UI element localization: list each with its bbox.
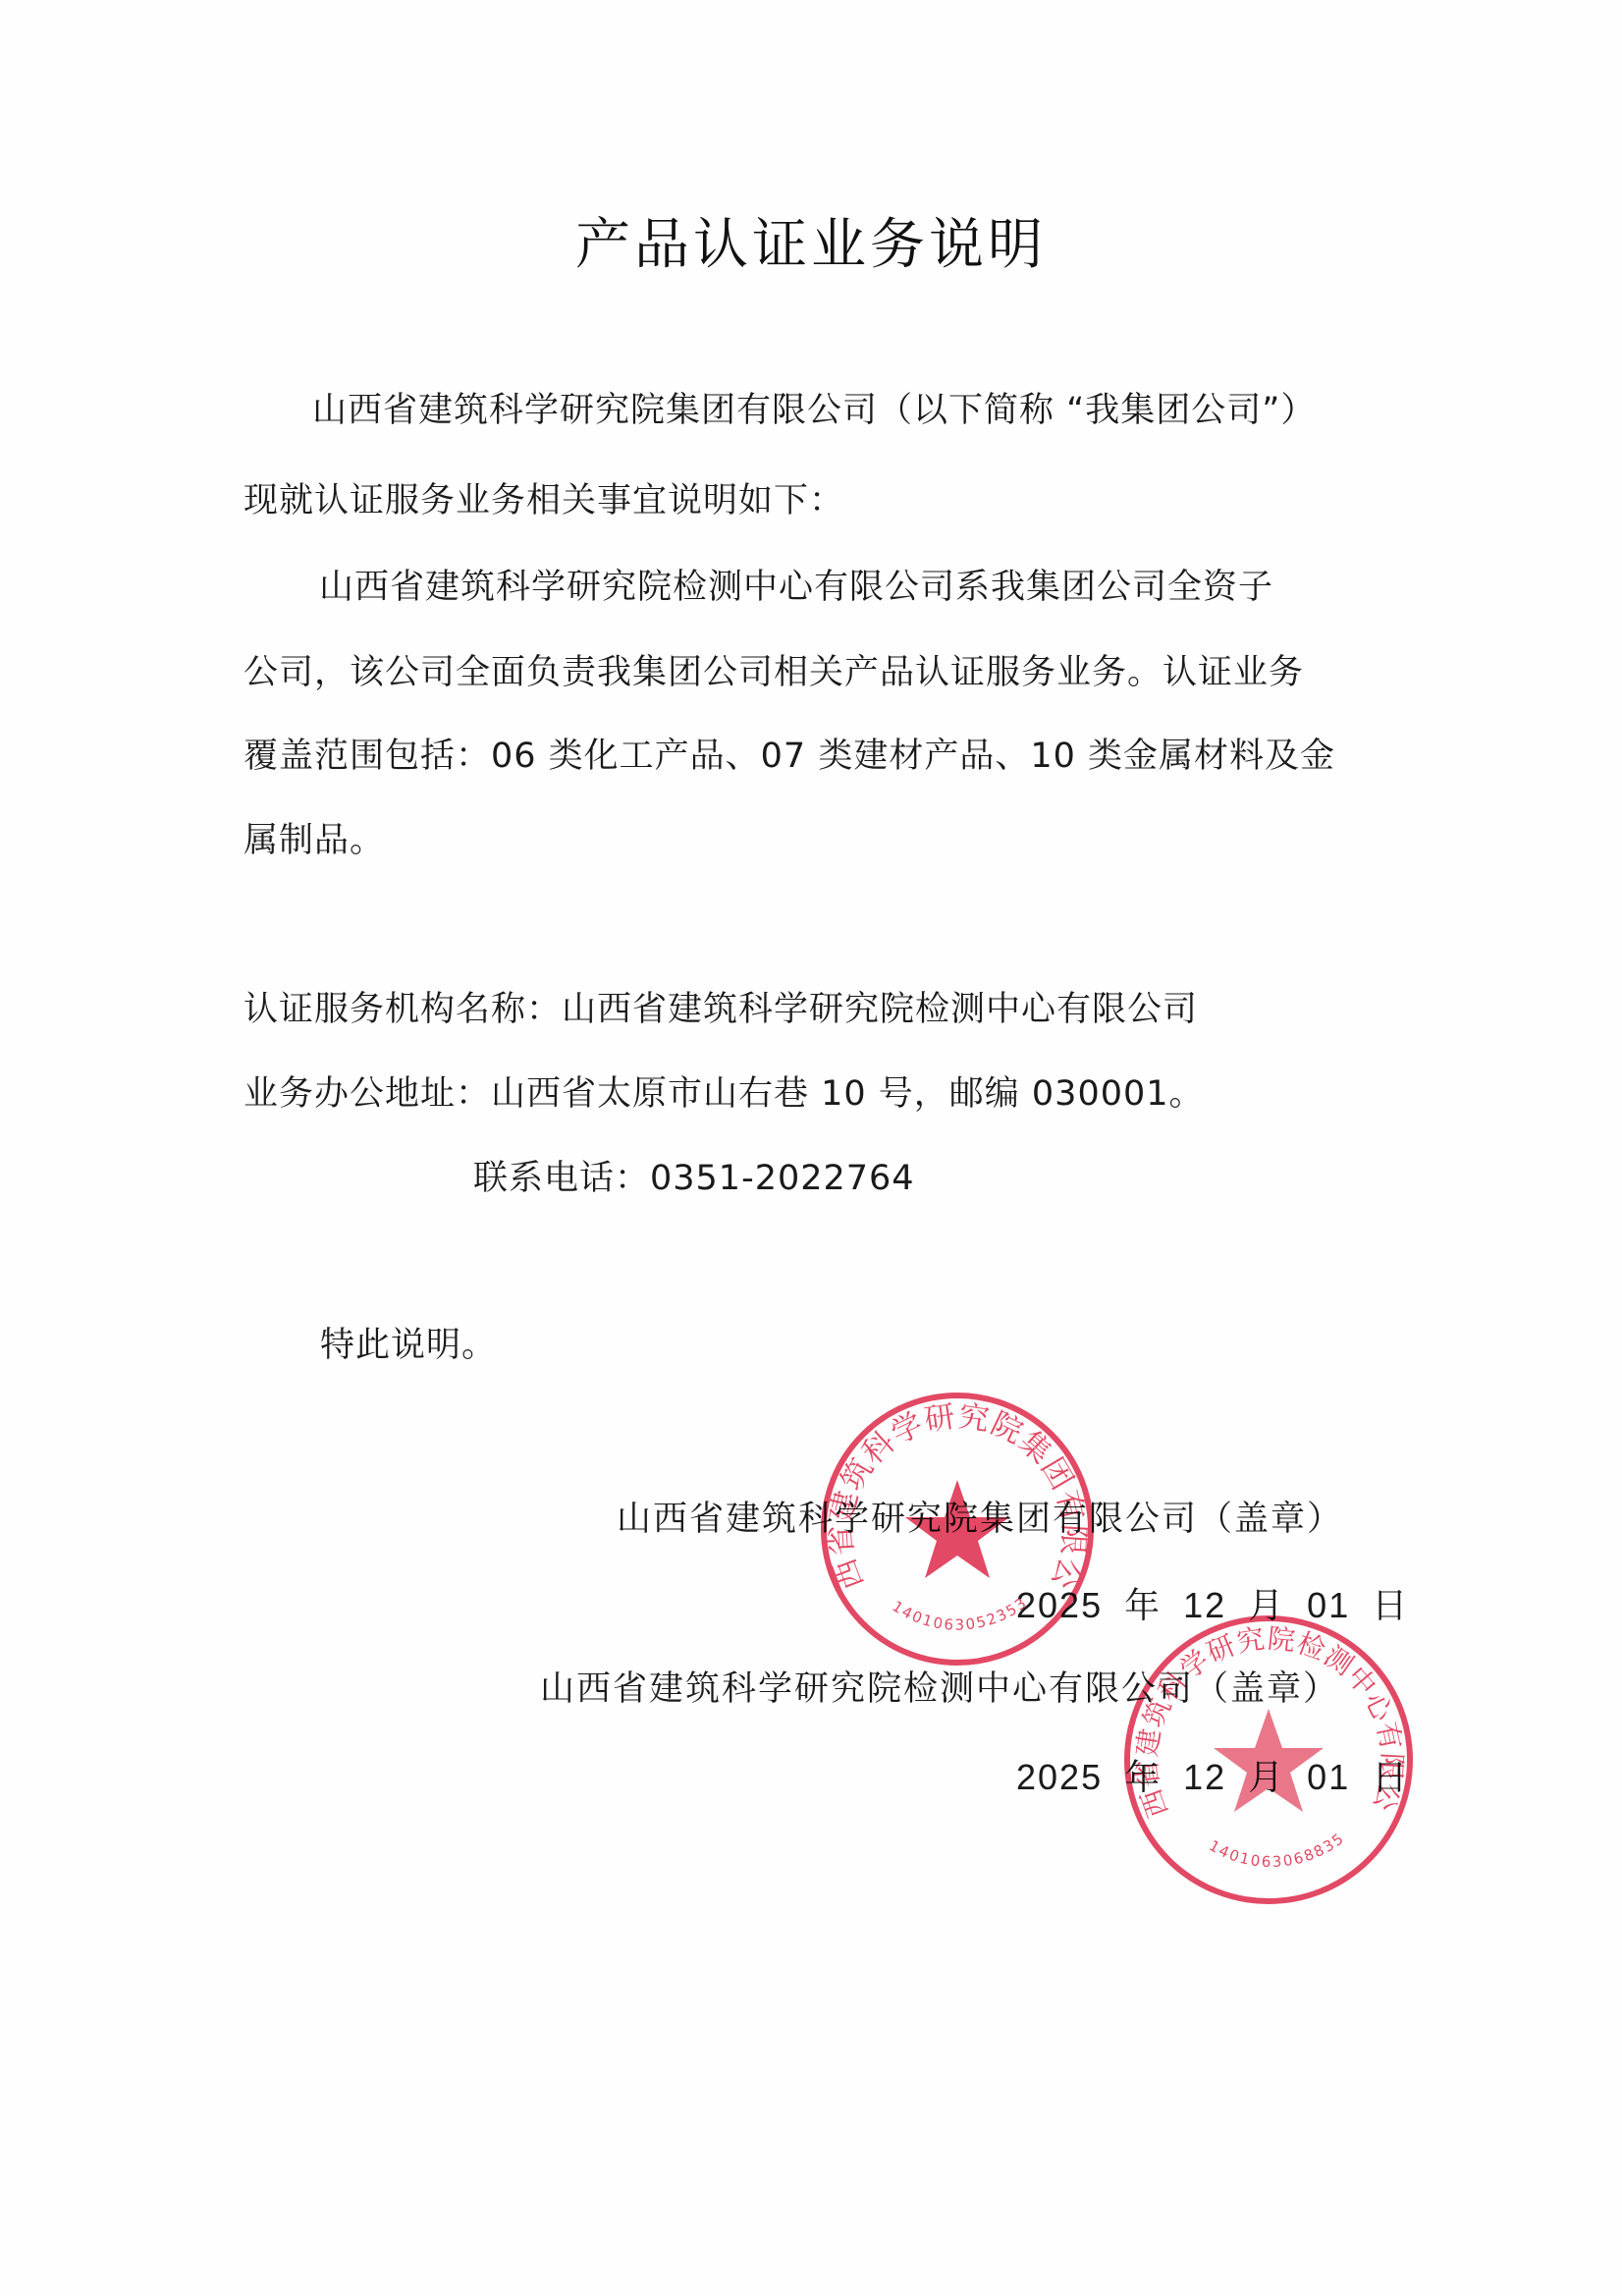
paragraph2-line1: 山西省建筑科学研究院检测中心有限公司系我集团公司全资子 [319, 568, 1273, 607]
closing-text: 特此说明。 [320, 1326, 497, 1365]
date-year-unit: 年 [1124, 1757, 1162, 1797]
document-page: 产品认证业务说明 山西省建筑科学研究院集团有限公司（以下简称 “我集团公司”） … [0, 0, 1622, 2296]
svg-text:1401063052353: 1401063052353 [890, 1593, 1032, 1633]
contact-phone-line: 联系电话：0351-2022764 [473, 1159, 915, 1198]
paragraph2-line2: 公司，该公司全面负责我集团公司相关产品认证服务业务。认证业务 [243, 653, 1304, 692]
date-day: 01 [1307, 1585, 1350, 1625]
date-month: 12 [1183, 1757, 1226, 1797]
paragraph1-line1: 山西省建筑科学研究院集团有限公司（以下简称 “我集团公司”） [312, 391, 1316, 430]
date-year-unit: 年 [1124, 1585, 1162, 1625]
stamp-text-1: 山西省建筑科学研究院集团有限公司 [815, 1387, 1092, 1595]
date-year: 2025 [1016, 1585, 1103, 1625]
svg-text:山西省建筑科学研究院集团有限公司: 山西省建筑科学研究院集团有限公司 [815, 1387, 1092, 1595]
date-day-unit: 日 [1372, 1585, 1409, 1625]
date-year: 2025 [1016, 1757, 1103, 1797]
signature-date-2: 2025年12月01日 [1016, 1758, 1409, 1797]
date-month-unit: 月 [1248, 1757, 1285, 1797]
svg-text:1401063068835: 1401063068835 [1206, 1829, 1348, 1871]
date-month-unit: 月 [1248, 1585, 1285, 1625]
signature-org-2: 山西省建筑科学研究院检测中心有限公司（盖章） [540, 1669, 1339, 1709]
date-month: 12 [1183, 1585, 1226, 1625]
paragraph2-line4: 属制品。 [243, 821, 385, 860]
stamp-code-2: 1401063068835 [1206, 1829, 1348, 1871]
paragraph1-line2: 现就认证服务业务相关事宜说明如下： [243, 481, 844, 520]
contact-address-line: 业务办公地址：山西省太原市山右巷 10 号，邮编 030001。 [243, 1074, 1205, 1114]
date-day-unit: 日 [1372, 1757, 1409, 1797]
contact-org-line: 认证服务机构名称：山西省建筑科学研究院检测中心有限公司 [243, 990, 1198, 1029]
stamp-code-1: 1401063052353 [890, 1593, 1032, 1633]
signature-date-1: 2025年12月01日 [1016, 1586, 1409, 1625]
document-title: 产品认证业务说明 [0, 201, 1622, 280]
date-day: 01 [1307, 1757, 1350, 1797]
paragraph2-line3: 覆盖范围包括：06 类化工产品、07 类建材产品、10 类金属材料及金 [243, 737, 1335, 776]
signature-org-1: 山西省建筑科学研究院集团有限公司（盖章） [617, 1500, 1343, 1539]
